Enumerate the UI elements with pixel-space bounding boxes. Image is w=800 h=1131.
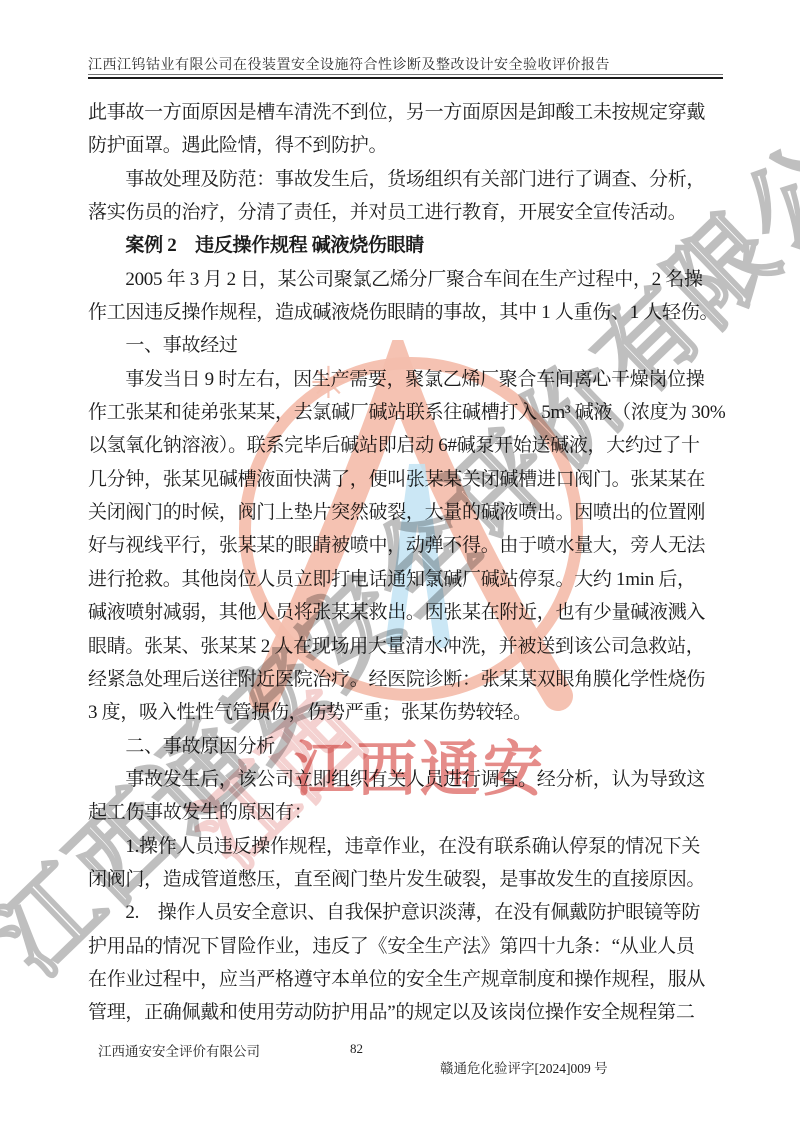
body-line: 案例 2 违反操作规程 碱液烧伤眼睛 [88,229,736,262]
body-line: 好与视线平行，张某某的眼睛被喷中，动弹不得。由于喷水量大，旁人无法 [88,529,736,562]
body-line: 起工伤事故发生的原因有： [88,796,736,829]
footer-company: 江西通安安全评价有限公司 [98,1040,260,1060]
body-line: 作工张某和徒弟张某某，去氯碱厂碱站联系往碱槽打入 5m³ 碱液（浓度为 30% [88,396,736,429]
body-line: 1.操作人员违反操作规程，违章作业，在没有联系确认停泵的情况下关 [88,830,736,863]
body-line: 眼睛。张某、张某某 2 人在现场用大量清水冲洗，并被送到该公司急救站， [88,630,736,663]
body-line: 事发当日 9 时左右，因生产需要，聚氯乙烯厂聚合车间离心干燥岗位操 [88,363,736,396]
body-line: 作工因违反操作规程，造成碱液烧伤眼睛的事故，其中 1 人重伤、1 人轻伤。 [88,296,736,329]
body-line: 碱液喷射减弱，其他人员将张某某救出。因张某在附近，也有少量碱液溅入 [88,596,736,629]
body-line: 2005 年 3 月 2 日，某公司聚氯乙烯分厂聚合车间在生产过程中，2 名操 [88,263,736,296]
body-line: 护用品的情况下冒险作业，违反了《安全生产法》第四十九条：“从业人员 [88,930,736,963]
page-header-title: 江西江钨钴业有限公司在役装置安全设施符合性诊断及整改设计安全验收评价报告 [88,54,748,74]
body-line: 此事故一方面原因是槽车清洗不到位，另一方面原因是卸酸工未按规定穿戴 [88,96,736,129]
body-line: 一、事故经过 [88,329,736,362]
body-line: 关闭阀门的时候，阀门上垫片突然破裂，大量的碱液喷出。因喷出的位置刚 [88,496,736,529]
footer-doc-number: 赣通危化验评字[2024]009 号 [440,1057,608,1077]
body-line: 进行抢救。其他岗位人员立即打电话通知氯碱厂碱站停泵。大约 1min 后， [88,563,736,596]
body-line: 防护面罩。遇此险情，得不到防护。 [88,129,736,162]
body-line: 几分钟，张某见碱槽液面快满了，便叫张某某关闭碱槽进口阀门。张某某在 [88,463,736,496]
body-text: 此事故一方面原因是槽车清洗不到位，另一方面原因是卸酸工未按规定穿戴防护面罩。遇此… [88,96,736,1030]
report-page: 江西江钨钴业有限公司在役装置安全设施符合性诊断及整改设计安全验收评价报告 此事故… [0,0,800,1131]
body-line: 2. 操作人员安全意识、自我保护意识淡薄，在没有佩戴防护眼镜等防 [88,896,736,929]
body-line: 落实伤员的治疗，分清了责任，并对员工进行教育，开展安全宣传活动。 [88,196,736,229]
body-line: 在作业过程中，应当严格遵守本单位的安全生产规章制度和操作规程，服从 [88,963,736,996]
footer-page-number: 82 [350,1041,363,1057]
body-line: 以氢氧化钠溶液）。联系完毕后碱站即启动 6#碱泵开始送碱液，大约过了十 [88,429,736,462]
body-line: 经紧急处理后送往附近医院治疗。经医院诊断：张某某双眼角膜化学性烧伤 [88,663,736,696]
body-line: 事故发生后，该公司立即组织有关人员进行调查。经分析，认为导致这 [88,763,736,796]
body-line: 二、事故原因分析 [88,730,736,763]
body-line: 闭阀门，造成管道憋压，直至阀门垫片发生破裂，是事故发生的直接原因。 [88,863,736,896]
body-line: 管理，正确佩戴和使用劳动防护用品”的规定以及该岗位操作安全规程第二 [88,996,736,1029]
body-line: 3 度，吸入性性气管损伤，伤势严重；张某伤势较轻。 [88,696,736,729]
header-divider [88,74,723,80]
body-line: 事故处理及防范：事故发生后，货场组织有关部门进行了调查、分析， [88,163,736,196]
